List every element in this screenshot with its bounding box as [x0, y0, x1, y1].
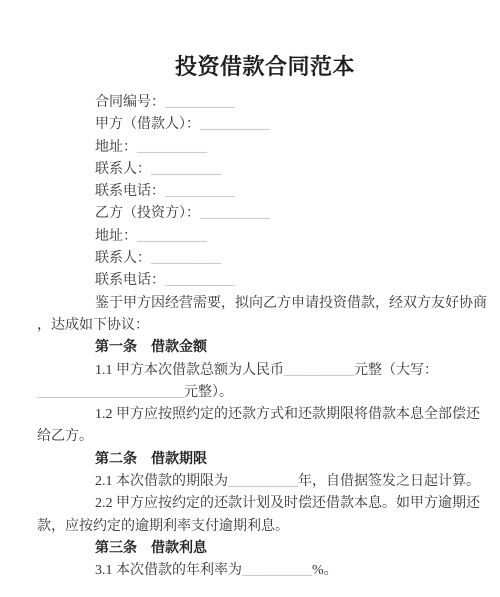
blank-underline: __________ — [284, 363, 354, 378]
preamble-line-2: ，达成如下协议： — [37, 315, 463, 337]
contract-body: 鉴于甲方因经营需要，拟向乙方申请投资借款，经双方友好协商 ，达成如下协议： 第一… — [37, 293, 463, 583]
clause-text: %。 — [312, 563, 338, 578]
blank-underline: _____________________ — [37, 385, 184, 400]
contract-document: 投资借款合同范本 合同编号：__________ 甲方（借款人）：_______… — [0, 0, 500, 583]
field-label: 联系人： — [95, 251, 151, 266]
blank-underline: __________ — [242, 563, 312, 578]
clause-text: 元整）。 — [184, 385, 233, 400]
field-label: 甲方（借款人）： — [95, 117, 200, 132]
field-party-a-contact: 联系人：__________ — [37, 159, 463, 181]
field-party-b-address: 地址：__________ — [37, 226, 463, 248]
field-label: 地址： — [95, 140, 137, 155]
field-party-b-phone: 联系电话：__________ — [37, 270, 463, 292]
clause-text: 1.1 甲方本次借款总额为人民币 — [95, 363, 284, 378]
clause-3-1: 3.1 本次借款的年利率为__________%。 — [37, 560, 463, 582]
blank-underline: __________ — [137, 229, 207, 244]
field-label: 乙方（投资方）： — [95, 206, 200, 221]
clause-text: 2.1 本次借款的期限为 — [95, 474, 228, 489]
blank-underline: __________ — [151, 162, 221, 177]
field-label: 联系电话： — [95, 184, 165, 199]
blank-underline: __________ — [137, 140, 207, 155]
blank-underline: __________ — [165, 184, 235, 199]
field-label: 合同编号： — [95, 95, 165, 110]
field-party-b-contact: 联系人：__________ — [37, 248, 463, 270]
field-contract-number: 合同编号：__________ — [37, 92, 463, 114]
preamble-line-1: 鉴于甲方因经营需要，拟向乙方申请投资借款，经双方友好协商 — [37, 293, 463, 315]
clause-3-heading: 第三条 借款利息 — [37, 538, 463, 560]
clause-1-heading: 第一条 借款金额 — [37, 337, 463, 359]
clause-text: 3.1 本次借款的年利率为 — [95, 563, 242, 578]
blank-underline: __________ — [165, 95, 235, 110]
field-label: 地址： — [95, 229, 137, 244]
blank-underline: __________ — [165, 273, 235, 288]
clause-2-1: 2.1 本次借款的期限为__________年，自借据签发之日起计算。 — [37, 471, 463, 493]
field-party-b-investor: 乙方（投资方）：__________ — [37, 203, 463, 225]
clause-2-2-line-2: 款，应按约定的逾期利率支付逾期利息。 — [37, 516, 463, 538]
clause-1-1-line-2: _____________________元整）。 — [37, 382, 463, 404]
field-party-a-address: 地址：__________ — [37, 137, 463, 159]
document-title: 投资借款合同范本 — [37, 52, 463, 82]
blank-underline: __________ — [200, 206, 270, 221]
header-fields: 合同编号：__________ 甲方（借款人）：__________ 地址：__… — [37, 92, 463, 293]
clause-text: 年，自借据签发之日起计算。 — [298, 474, 480, 489]
blank-underline: __________ — [200, 117, 270, 132]
clause-1-2-line-2: 给乙方。 — [37, 426, 463, 448]
field-label: 联系人： — [95, 162, 151, 177]
clause-1-1-line-1: 1.1 甲方本次借款总额为人民币__________元整（大写： — [37, 360, 463, 382]
clause-text: 元整（大写： — [354, 363, 438, 378]
field-party-a-phone: 联系电话：__________ — [37, 181, 463, 203]
document-page: 投资借款合同范本 合同编号：__________ 甲方（借款人）：_______… — [0, 0, 500, 597]
blank-underline: __________ — [228, 474, 298, 489]
field-label: 联系电话： — [95, 273, 165, 288]
clause-2-2-line-1: 2.2 甲方应按约定的还款计划及时偿还借款本息。如甲方逾期还 — [37, 493, 463, 515]
clause-2-heading: 第二条 借款期限 — [37, 449, 463, 471]
field-party-a-borrower: 甲方（借款人）：__________ — [37, 114, 463, 136]
clause-1-2-line-1: 1.2 甲方应按照约定的还款方式和还款期限将借款本息全部偿还 — [37, 404, 463, 426]
blank-underline: __________ — [151, 251, 221, 266]
